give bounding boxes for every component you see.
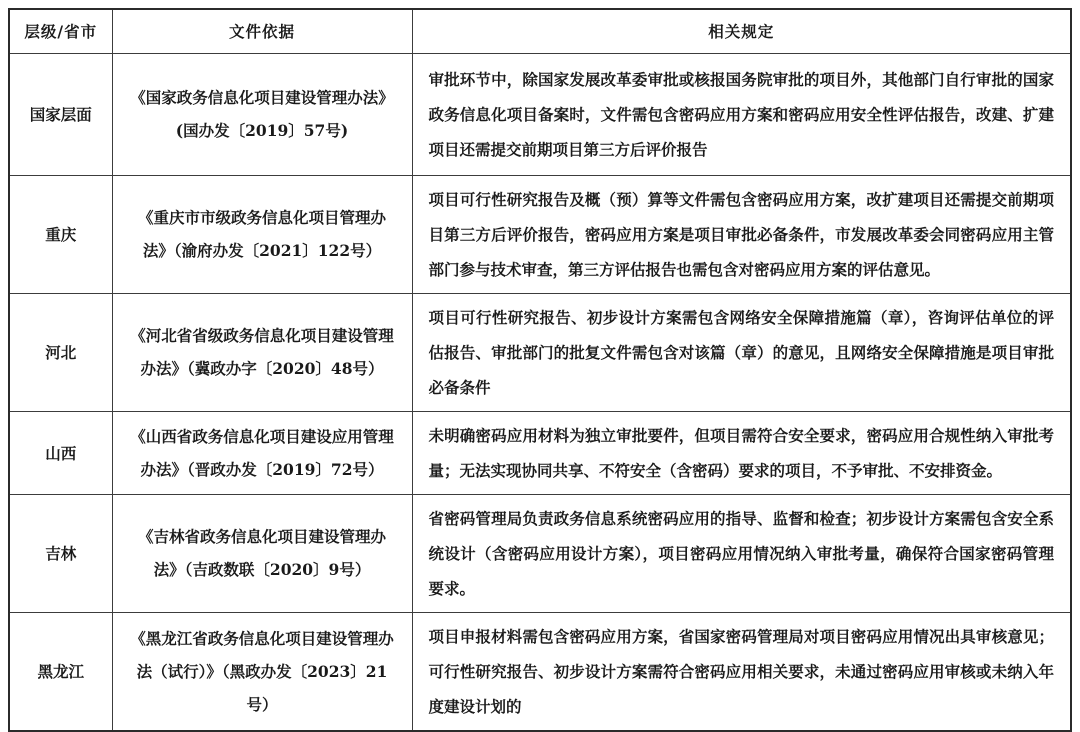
table-row-national: 国家层面 《国家政务信息化项目建设管理办法》(国办发〔2019〕57号) 审批环… xyxy=(9,53,1071,175)
cell-regulation: 未明确密码应用材料为独立审批要件，但项目需符合安全要求，密码应用合规性纳入审批考… xyxy=(412,411,1071,494)
cell-regulation: 省密码管理局负责政务信息系统密码应用的指导、监督和检查；初步设计方案需包含安全系… xyxy=(412,494,1071,610)
regulations-table: 层级/省市 文件依据 相关规定 国家层面 《国家政务信息化项目建设管理办法》(国… xyxy=(8,8,1072,610)
document-page: 层级/省市 文件依据 相关规定 国家层面 《国家政务信息化项目建设管理办法》(国… xyxy=(0,0,1080,610)
header-cell-document: 文件依据 xyxy=(112,9,412,53)
table-row-jilin: 吉林 《吉林省政务信息化项目建设管理办法》（吉政数联〔2020〕9号） 省密码管… xyxy=(9,494,1071,610)
cell-document: 《重庆市市级政务信息化项目管理办法》（渝府办发〔2021〕122号） xyxy=(112,175,412,293)
cell-level: 山西 xyxy=(9,411,112,494)
table-row-hebei: 河北 《河北省省级政务信息化项目建设管理办法》（冀政办字〔2020〕48号） 项… xyxy=(9,293,1071,411)
cell-regulation: 项目可行性研究报告、初步设计方案需包含网络安全保障措施篇（章），咨询评估单位的评… xyxy=(412,293,1071,411)
table-row-shanxi: 山西 《山西省政务信息化项目建设应用管理办法》（晋政办发〔2019〕72号） 未… xyxy=(9,411,1071,494)
cell-level: 吉林 xyxy=(9,494,112,610)
cell-level: 国家层面 xyxy=(9,53,112,175)
cell-regulation: 项目可行性研究报告及概（预）算等文件需包含密码应用方案，改扩建项目还需提交前期项… xyxy=(412,175,1071,293)
cell-document: 《吉林省政务信息化项目建设管理办法》（吉政数联〔2020〕9号） xyxy=(112,494,412,610)
header-cell-level: 层级/省市 xyxy=(9,9,112,53)
table-row-chongqing: 重庆 《重庆市市级政务信息化项目管理办法》（渝府办发〔2021〕122号） 项目… xyxy=(9,175,1071,293)
cell-document: 《国家政务信息化项目建设管理办法》(国办发〔2019〕57号) xyxy=(112,53,412,175)
header-cell-regulation: 相关规定 xyxy=(412,9,1071,53)
cell-level: 重庆 xyxy=(9,175,112,293)
cell-document: 《河北省省级政务信息化项目建设管理办法》（冀政办字〔2020〕48号） xyxy=(112,293,412,411)
header-row: 层级/省市 文件依据 相关规定 xyxy=(9,9,1071,53)
cell-document: 《山西省政务信息化项目建设应用管理办法》（晋政办发〔2019〕72号） xyxy=(112,411,412,494)
cell-regulation: 审批环节中，除国家发展改革委审批或核报国务院审批的项目外，其他部门自行审批的国家… xyxy=(412,53,1071,175)
cell-level: 河北 xyxy=(9,293,112,411)
